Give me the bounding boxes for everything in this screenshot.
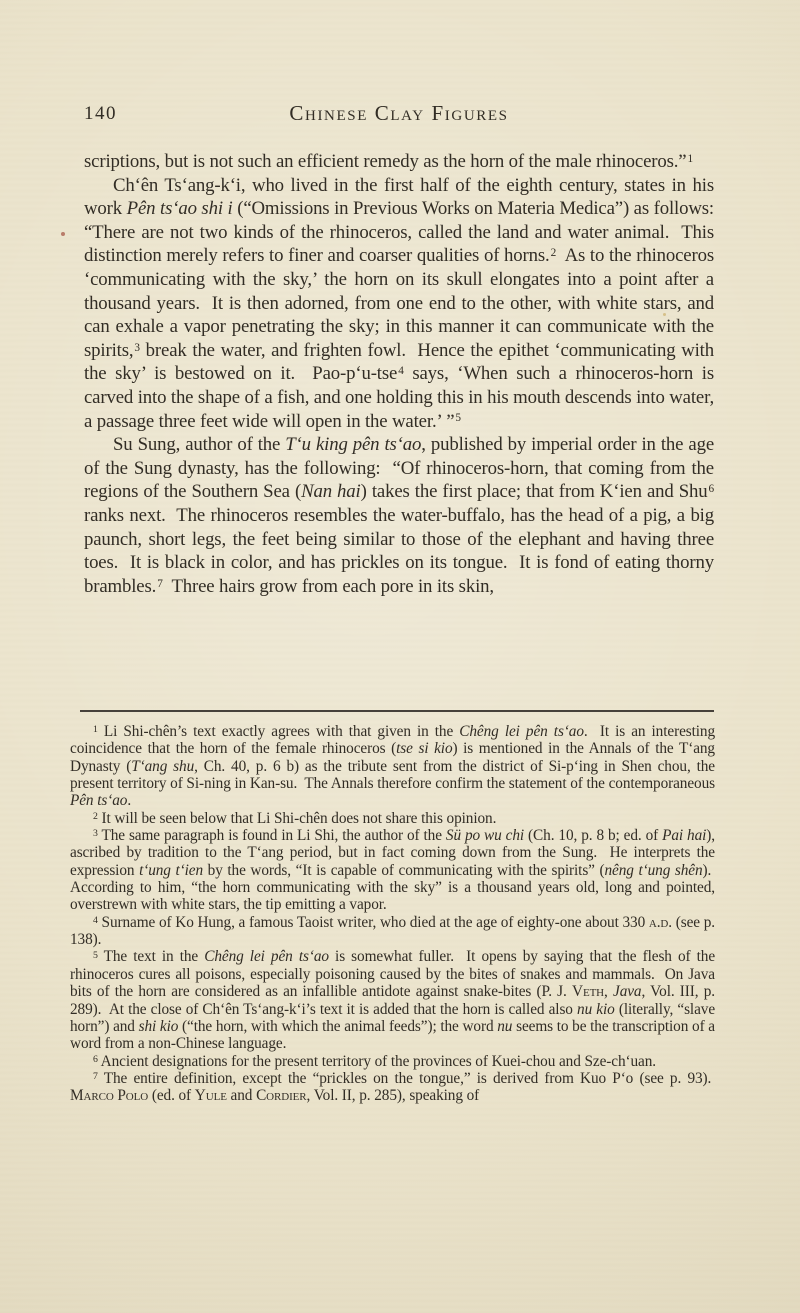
small-caps-text-run: Marco Polo — [70, 1087, 148, 1104]
small-caps-text-run: Veth — [572, 983, 604, 1000]
footnote-marker: 1 — [688, 153, 693, 165]
footnote-marker: 4 — [398, 365, 403, 377]
footnote: 3 The same paragraph is found in Li Shi,… — [70, 827, 715, 914]
footnote-marker: 1 — [93, 724, 98, 735]
small-caps-text-run: Cordier — [256, 1087, 306, 1104]
italic-text-run: Pên ts‘ao shi i — [127, 198, 233, 219]
footnote: 7 The entire definition, except the “pri… — [70, 1070, 715, 1105]
italic-text-run: Pên ts‘ao — [70, 792, 127, 809]
paper-speck — [61, 232, 65, 236]
italic-text-run: Nan hai — [301, 481, 361, 502]
footnote-marker: 7 — [93, 1071, 98, 1082]
body-paragraph: Ch‘ên Ts‘ang-k‘i, who lived in the first… — [84, 174, 714, 434]
running-title: Chinese Clay Figures — [84, 101, 714, 126]
footnote-marker: 6 — [709, 483, 714, 495]
footnote-marker: 3 — [93, 828, 98, 839]
footnote: 1 Li Shi-chên’s text exactly agrees with… — [70, 723, 715, 810]
body-paragraph: Su Sung, author of the T‘u king pên ts‘a… — [84, 433, 714, 598]
italic-text-run: Chêng lei pên ts‘ao — [204, 948, 329, 965]
italic-text-run: T‘ang shu — [131, 758, 194, 775]
footnote-separator — [80, 710, 714, 712]
footnote: 5 The text in the Chêng lei pên ts‘ao is… — [70, 948, 715, 1052]
footnote-marker: 6 — [93, 1054, 98, 1065]
footnote-marker: 2 — [93, 811, 98, 822]
italic-text-run: nêng t‘ung shên — [605, 862, 703, 879]
footnote-marker: 4 — [93, 915, 98, 926]
italic-text-run: t‘ung t‘ien — [139, 862, 203, 879]
footnote-marker: 5 — [93, 950, 98, 961]
footnote: 6 Ancient designations for the present t… — [70, 1053, 715, 1070]
footnotes: 1 Li Shi-chên’s text exactly agrees with… — [70, 723, 715, 1105]
body-paragraph: scriptions, but is not such an efficient… — [84, 150, 714, 174]
footnote-marker: 2 — [551, 247, 556, 259]
body-text: scriptions, but is not such an efficient… — [84, 150, 714, 598]
footnote: 4 Surname of Ko Hung, a famous Taoist wr… — [70, 914, 715, 949]
italic-text-run: Sü po wu chi — [446, 827, 524, 844]
italic-text-run: nu kio — [577, 1001, 615, 1018]
italic-text-run: Pai hai — [662, 827, 706, 844]
footnote-marker: 3 — [134, 342, 139, 354]
italic-text-run: nu — [497, 1018, 512, 1035]
small-caps-text-run: Yule — [195, 1087, 227, 1104]
italic-text-run: shi kio — [139, 1018, 179, 1035]
footnote: 2 It will be seen below that Li Shi-chên… — [70, 810, 715, 827]
footnote-marker: 7 — [157, 578, 162, 590]
page-header: 140 Chinese Clay Figures — [84, 101, 714, 127]
footnote-marker: 5 — [455, 412, 460, 424]
book-page: 140 Chinese Clay Figures scriptions, but… — [0, 0, 800, 1313]
italic-text-run: T‘u king pên ts‘ao — [285, 434, 421, 455]
italic-text-run: tse si kio — [396, 740, 452, 757]
small-caps-text-run: a.d. — [649, 914, 672, 931]
italic-text-run: Java — [613, 983, 641, 1000]
italic-text-run: Chêng lei pên ts‘ao — [459, 723, 584, 740]
